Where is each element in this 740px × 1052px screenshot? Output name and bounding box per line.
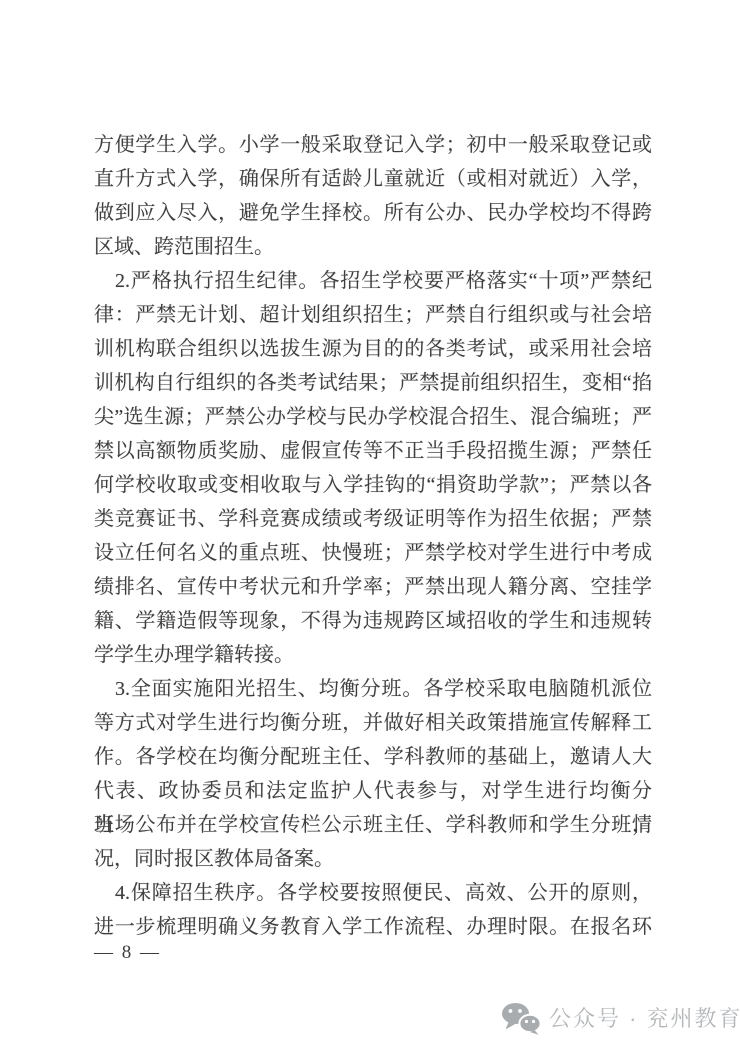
text-line: 当场公布并在学校宣传栏公示班主任、学科教师和学生分班情 — [94, 808, 652, 842]
text-line: 绩排名、宣传中考状元和升学率；严禁出现人籍分离、空挂学 — [94, 570, 652, 604]
paragraph-item-3: 3.全面实施阳光招生、均衡分班。各学校采取电脑随机派位 等方式对学生进行均衡分班… — [94, 672, 652, 876]
document-body: 方便学生入学。小学一般采取登记入学；初中一般采取登记或 直升方式入学，确保所有适… — [94, 128, 652, 944]
text-line: 设立任何名义的重点班、快慢班；严禁学校对学生进行中考成 — [94, 536, 652, 570]
text-line: 作。各学校在均衡分配班主任、学科教师的基础上，邀请人大 — [94, 740, 652, 774]
text-line: 方便学生入学。小学一般采取登记入学；初中一般采取登记或 — [94, 128, 652, 162]
text-line: 尖”选生源；严禁公办学校与民办学校混合招生、混合编班；严 — [94, 400, 652, 434]
text-line: 3.全面实施阳光招生、均衡分班。各学校采取电脑随机派位 — [94, 672, 652, 706]
text-line: 禁以高额物质奖励、虚假宣传等不正当手段招揽生源；严禁任 — [94, 434, 652, 468]
paragraph-continuation: 方便学生入学。小学一般采取登记入学；初中一般采取登记或 直升方式入学，确保所有适… — [94, 128, 652, 264]
text-line: 况，同时报区教体局备案。 — [94, 842, 652, 876]
text-line: 直升方式入学，确保所有适龄儿童就近（或相对就近）入学， — [94, 162, 652, 196]
text-line: 进一步梳理明确义务教育入学工作流程、办理时限。在报名环 — [94, 910, 652, 944]
text-line: 代表、政协委员和法定监护人代表参与，对学生进行均衡分班， — [94, 774, 652, 808]
page-number: — 8 — — [94, 938, 161, 968]
text-line: 2.严格执行招生纪律。各招生学校要严格落实“十项”严禁纪 — [94, 264, 652, 298]
text-line: 做到应入尽入，避免学生择校。所有公办、民办学校均不得跨 — [94, 196, 652, 230]
text-line: 何学校收取或变相收取与入学挂钩的“捐资助学款”；严禁以各 — [94, 468, 652, 502]
wechat-account-label: 公众号 · 兖州教育 — [549, 1004, 740, 1034]
wechat-icon — [501, 1002, 541, 1036]
text-line: 训机构联合组织以选拔生源为目的的各类考试，或采用社会培 — [94, 332, 652, 366]
paragraph-item-2: 2.严格执行招生纪律。各招生学校要严格落实“十项”严禁纪 律：严禁无计划、超计划… — [94, 264, 652, 672]
text-line: 学学生办理学籍转接。 — [94, 638, 652, 672]
scanned-document-page: 方便学生入学。小学一般采取登记入学；初中一般采取登记或 直升方式入学，确保所有适… — [0, 0, 740, 1052]
text-line: 等方式对学生进行均衡分班，并做好相关政策措施宣传解释工 — [94, 706, 652, 740]
paragraph-item-4: 4.保障招生秩序。各学校要按照便民、高效、公开的原则， 进一步梳理明确义务教育入… — [94, 876, 652, 944]
wechat-footer: 公众号 · 兖州教育 — [501, 1002, 740, 1036]
text-line: 籍、学籍造假等现象，不得为违规跨区域招收的学生和违规转 — [94, 604, 652, 638]
text-line: 训机构自行组织的各类考试结果；严禁提前组织招生，变相“掐 — [94, 366, 652, 400]
text-line: 类竞赛证书、学科竞赛成绩或考级证明等作为招生依据；严禁 — [94, 502, 652, 536]
text-line: 4.保障招生秩序。各学校要按照便民、高效、公开的原则， — [94, 876, 652, 910]
text-line: 律：严禁无计划、超计划组织招生；严禁自行组织或与社会培 — [94, 298, 652, 332]
text-line: 区域、跨范围招生。 — [94, 230, 652, 264]
